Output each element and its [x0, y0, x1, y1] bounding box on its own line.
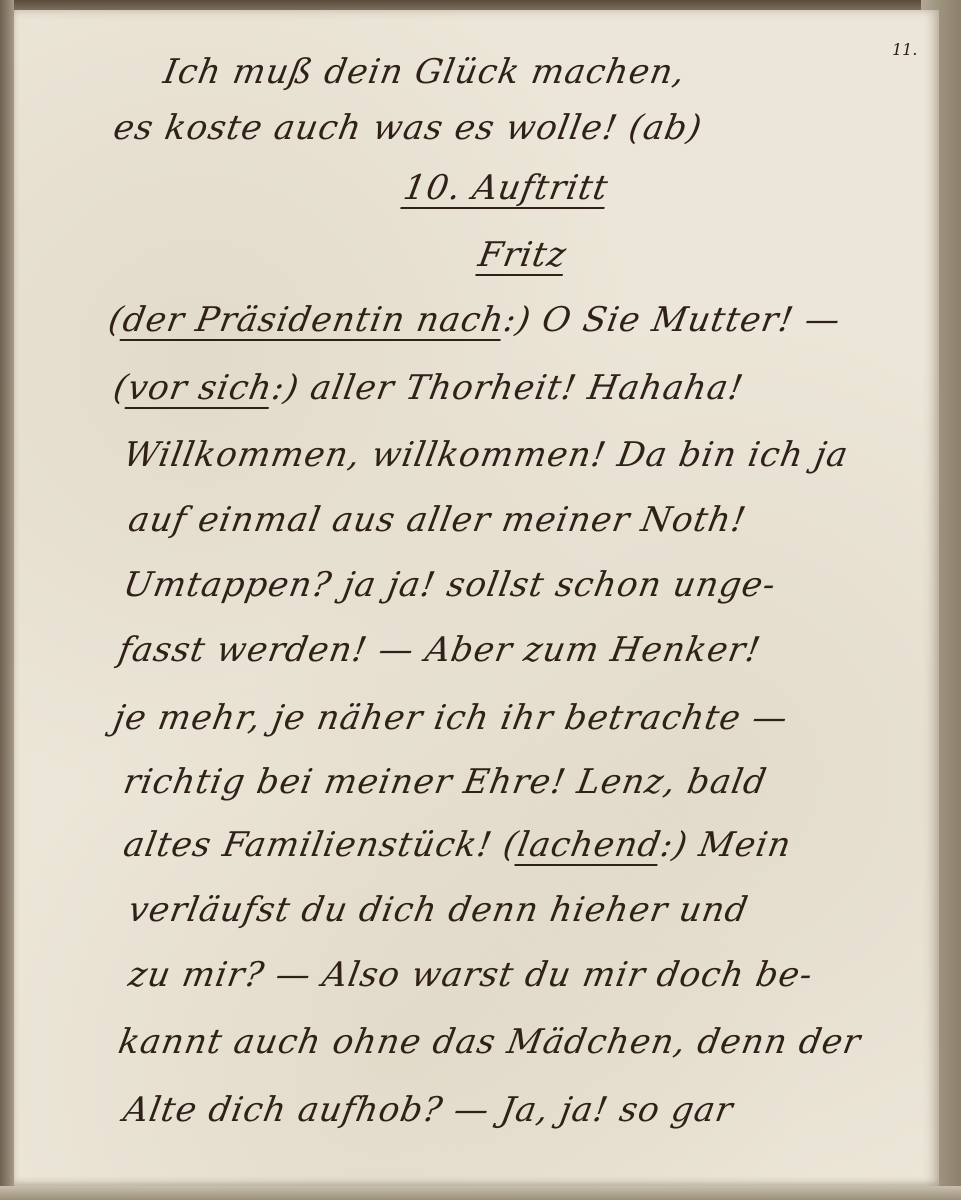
scene-heading: 10. Auftritt [400, 168, 611, 208]
text-line-7: Willkommen, willkommen! Da bin ich ja [120, 435, 851, 475]
text-line-15: zu mir? — Also warst du mir doch be- [125, 955, 816, 995]
text-line-9: Umtappen? ja ja! sollst schon unge- [120, 565, 779, 605]
text-line-2: es koste auch was es wolle! (ab) [110, 108, 705, 148]
text-line-8: auf einmal aus aller meiner Noth! [125, 500, 749, 540]
stage-direction: der Präsidentin nach [120, 300, 508, 340]
text-line-16: kannt auch ohne das Mädchen, denn der [115, 1022, 864, 1062]
stage-direction-line-5: (der Präsidentin nach:) O Sie Mutter! — [105, 300, 843, 340]
text-line-13: altes Familienstück! (lachend:) Mein [120, 825, 794, 865]
text-line-12: richtig bei meiner Ehre! Lenz, bald [120, 762, 769, 802]
speaker-name: Fritz [475, 235, 569, 275]
manuscript-page: 11. Ich muß dein Glück machen, es koste … [14, 10, 939, 1186]
stage-direction: lachend [514, 825, 664, 865]
stage-direction: vor sich [125, 368, 276, 408]
stage-direction-line-6: (vor sich:) aller Thorheit! Hahaha! [110, 368, 746, 408]
book-binding-left [0, 0, 14, 1200]
text-line-1: Ich muß dein Glück machen, [160, 52, 688, 92]
line-rest: :) Mein [657, 825, 794, 865]
book-top-edge [0, 0, 961, 10]
line-rest: :) aller Thorheit! Hahaha! [269, 368, 747, 408]
text-line-17: Alte dich aufhob? — Ja, ja! so gar [120, 1090, 736, 1130]
book-bottom-edge [0, 1186, 961, 1200]
page-number: 11. [892, 40, 917, 59]
line-start: altes Familienstück! ( [120, 825, 521, 865]
text-line-14: verläufst du dich denn hieher und [125, 890, 751, 930]
line-rest: :) O Sie Mutter! — [501, 300, 844, 340]
text-line-11: je mehr, je näher ich ihr betrachte — [110, 698, 791, 738]
text-line-10: fasst werden! — Aber zum Henker! [115, 630, 763, 670]
